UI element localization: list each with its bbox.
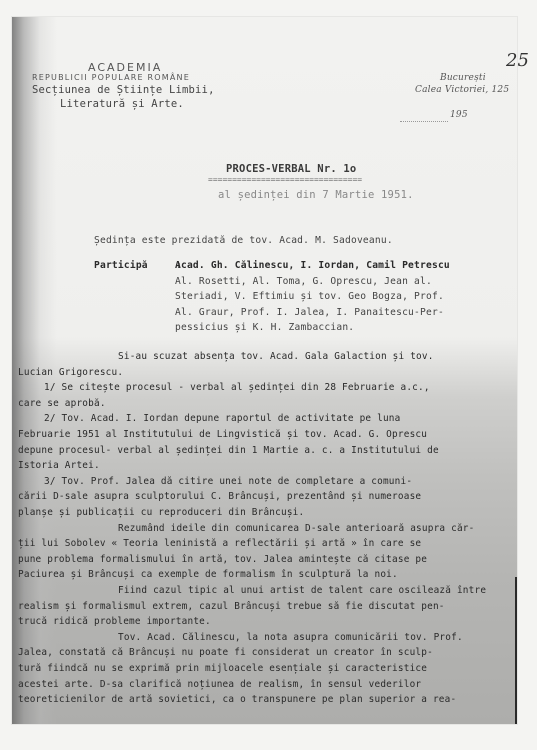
body-line: Paciurea și Brâncuși ca exemple de forma… [18,569,398,580]
body-line: planșe și publicații cu reproduceri din … [18,507,304,518]
presided-line: Ședința este prezidată de tov. Acad. M. … [94,235,393,246]
letterhead-section-line2: Literatură și Arte. [60,98,184,110]
address-street: Calea Victoriei, 125 [415,85,509,95]
body-line: Februarie 1951 al Institutului de Lingvi… [18,429,427,440]
body-line: 2/ Tov. Acad. I. Iordan depune raportul … [44,413,401,424]
letterhead-section-line1: Secțiunea de Științe Limbii, [32,84,215,96]
body-line: Rezumând ideile din comunicarea D-sale a… [118,523,475,534]
handwritten-page-number: 25 [506,50,529,71]
body-line: Tov. Acad. Călinescu, la nota asupra com… [118,632,463,643]
date-line [400,121,448,122]
body-line: pune problema formalismului în artă, tov… [18,554,427,565]
body-line: care se aprobă. [18,398,106,409]
body-line: realism și formalismul extrem, cazul Brâ… [18,601,445,612]
body-line: 3/ Tov. Prof. Jalea dă citire unei note … [44,476,412,487]
body-line: Lucian Grigorescu. [18,367,123,378]
participant-line: Steriadi, V. Eftimiu și tov. Geo Bogza, … [175,291,444,302]
body-line: tură fiindcă nu se exprimă prin mijloace… [18,663,427,674]
letterhead-republic: REPUBLICII POPULARE ROMÂNE [32,73,190,82]
participants-label: Participă [94,260,148,271]
body-line: teoreticienilor de artă sovietici, ca o … [18,694,456,705]
address-year: 195 [450,110,468,120]
title-underline: ================================ [208,175,362,184]
body-line: trucă ridică probleme importante. [18,616,211,627]
document-page: 25 ACADEMIA REPUBLICII POPULARE ROMÂNE S… [12,17,517,724]
participant-line: Acad. Gh. Călinescu, I. Iordan, Camil Pe… [175,260,450,271]
body-line: 1/ Se citește procesul - verbal al ședin… [44,382,430,393]
document-title: PROCES-VERBAL Nr. 1o [226,163,356,175]
body-line: Istoria Artei. [18,460,100,471]
address-city: București [440,73,486,83]
participant-line: pessicius și K. H. Zambaccian. [175,322,354,333]
body-line: ții lui Sobolev « Teoria leninistă a ref… [18,538,421,549]
body-line: Jalea, constată că Brâncuși nu poate fi … [18,647,433,658]
body-line: Fiind cazul tipic al unui artist de tale… [118,585,486,596]
participant-line: Al. Rosetti, Al. Toma, G. Oprescu, Jean … [175,276,432,287]
participant-line: Al. Graur, Prof. I. Jalea, I. Panaitescu… [175,307,444,318]
body-line: cării D-sale asupra sculptorului C. Brân… [18,491,421,502]
body-line: acestei arte. D-sa clarifică noțiunea de… [18,679,421,690]
body-line: depune procesul- verbal al ședinței din … [18,445,439,456]
body-line: Si-au scuzat absența tov. Acad. Gala Gal… [118,351,434,362]
document-subtitle: al ședinței din 7 Martie 1951. [218,189,414,201]
